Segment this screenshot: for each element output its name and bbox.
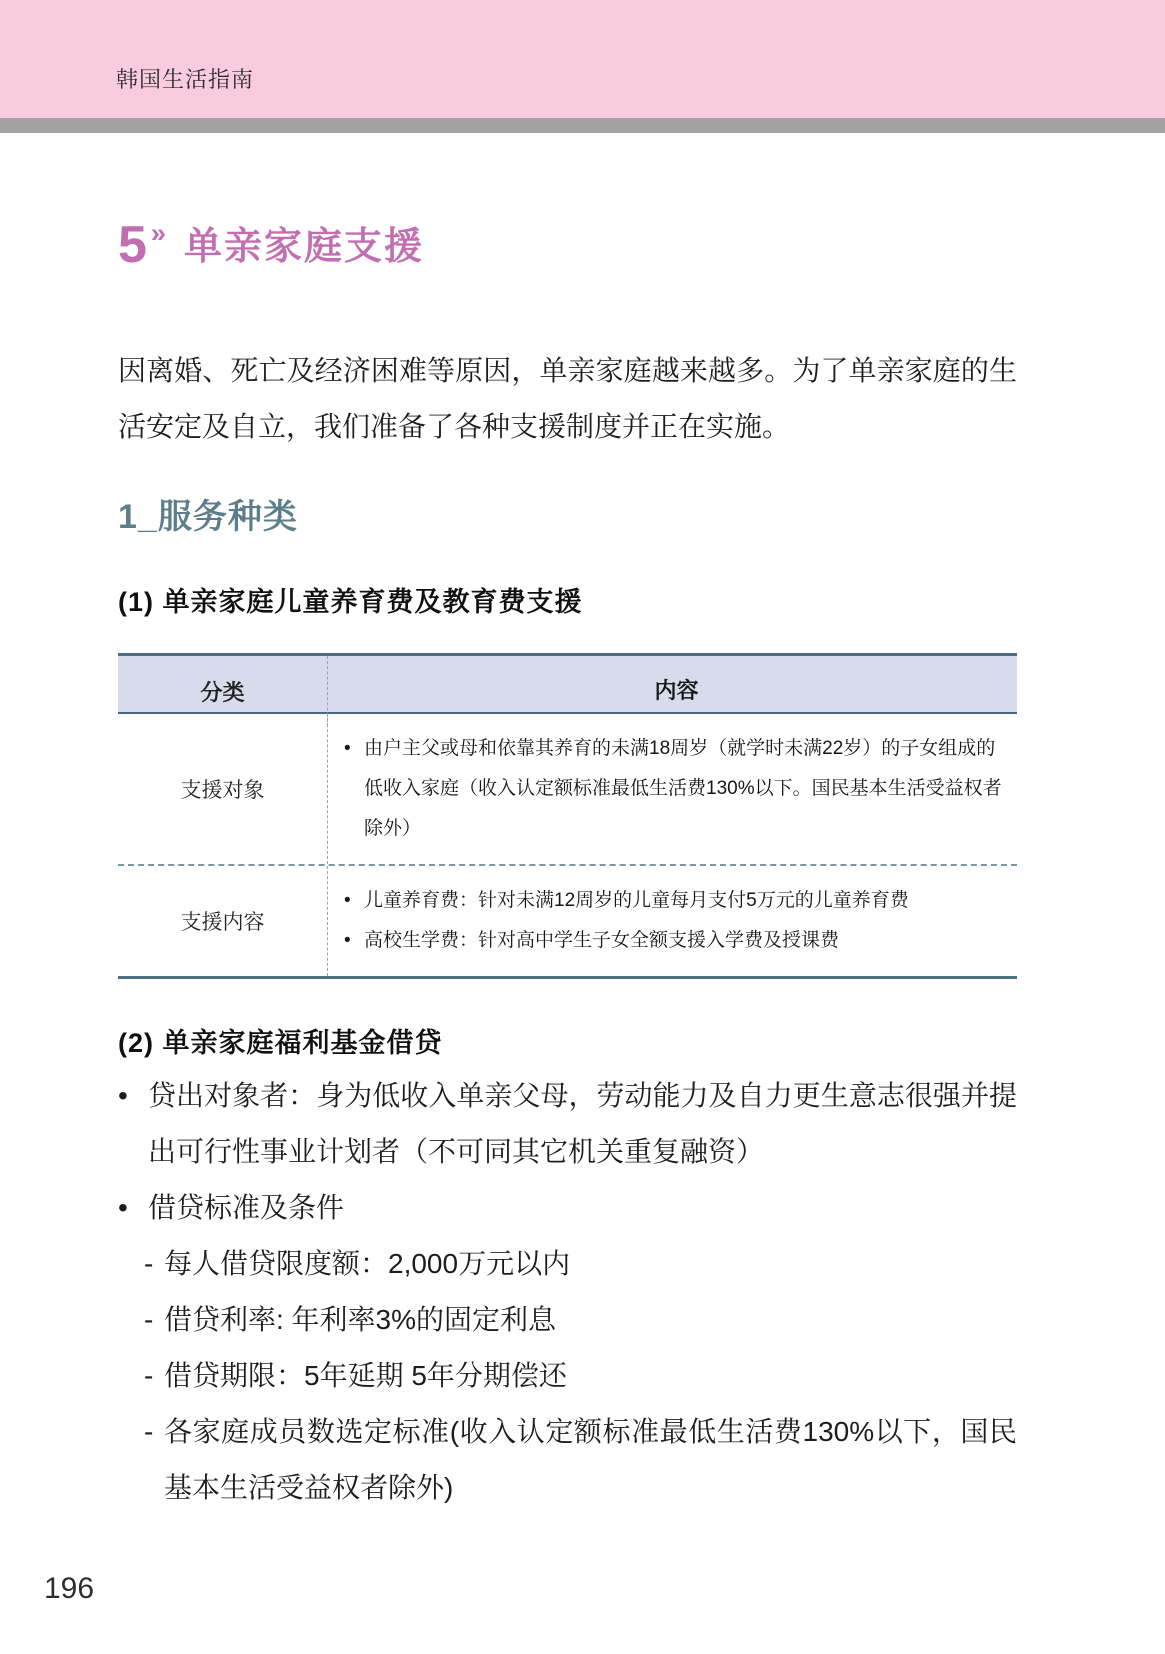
dash-marker-icon: - — [144, 1404, 164, 1516]
condition-text: 借贷利率: 年利率3%的固定利息 — [164, 1292, 1017, 1348]
bullet-marker-icon: • — [118, 1180, 148, 1236]
table-bullet-text: 高校生学费：针对高中学生子女全额支援入学费及授课费 — [364, 921, 1009, 961]
header-band: 韩国生活指南 — [0, 0, 1165, 118]
bullet-marker-icon: • — [344, 881, 364, 921]
page-content: 5 » 单亲家庭支援 因离婚、死亡及经济困难等原因，单亲家庭越来越多。为了单亲家… — [0, 219, 1165, 1516]
intro-paragraph: 因离婚、死亡及经济困难等原因，单亲家庭越来越多。为了单亲家庭的生活安定及自立，我… — [118, 343, 1017, 455]
chevron-right-icon: » — [151, 220, 166, 247]
subsection1-heading: (1) 单亲家庭儿童养育费及教育费支援 — [118, 580, 1017, 619]
table-bullet-text: 由户主父或母和依靠其养育的未满18周岁（就学时未满22岁）的子女组成的低收入家庭… — [364, 729, 1009, 849]
table-bullet-item: • 高校生学费：针对高中学生子女全额支援入学费及授课费 — [344, 921, 1009, 961]
condition-item: - 每人借贷限度额：2,000万元以内 — [144, 1236, 1017, 1292]
chapter-title: 单亲家庭支援 — [184, 228, 424, 266]
table-row-label: 支援对象 — [118, 714, 328, 864]
chapter-number: 5 — [118, 219, 147, 271]
dash-marker-icon: - — [144, 1348, 164, 1404]
dash-marker-icon: - — [144, 1236, 164, 1292]
support-table: 分类 内容 支援对象 • 由户主父或母和依靠其养育的未满18周岁（就学时未满22… — [118, 653, 1017, 979]
bullet-marker-icon: • — [118, 1068, 148, 1180]
document-page: 韩国生活指南 5 » 单亲家庭支援 因离婚、死亡及经济困难等原因，单亲家庭越来越… — [0, 0, 1165, 1654]
condition-item: - 借贷期限：5年延期 5年分期偿还 — [144, 1348, 1017, 1404]
subsection2-heading: (2) 单亲家庭福利基金借贷 — [118, 1021, 1017, 1060]
section-heading: 1_服务种类 — [118, 489, 1017, 538]
book-title: 韩国生活指南 — [116, 63, 254, 94]
table-row: 支援内容 • 儿童养育费：针对未满12周岁的儿童每月支付5万元的儿童养育费 • … — [118, 864, 1017, 976]
condition-text: 借贷期限：5年延期 5年分期偿还 — [164, 1348, 1017, 1404]
header-divider-bar — [0, 118, 1165, 133]
condition-item: - 借贷利率: 年利率3%的固定利息 — [144, 1292, 1017, 1348]
bullet-item: • 借贷标准及条件 — [118, 1180, 1017, 1236]
bullet-marker-icon: • — [344, 729, 364, 849]
bullet-text: 贷出对象者：身为低收入单亲父母，劳动能力及自力更生意志很强并提出可行性事业计划者… — [148, 1068, 1017, 1180]
table-row-content: • 儿童养育费：针对未满12周岁的儿童每月支付5万元的儿童养育费 • 高校生学费… — [328, 866, 1017, 976]
condition-text: 各家庭成员数选定标准(收入认定额标准最低生活费130%以下，国民基本生活受益权者… — [164, 1404, 1017, 1516]
table-bullet-text: 儿童养育费：针对未满12周岁的儿童每月支付5万元的儿童养育费 — [364, 881, 1009, 921]
bullet-marker-icon: • — [344, 921, 364, 961]
table-bullet-item: • 由户主父或母和依靠其养育的未满18周岁（就学时未满22岁）的子女组成的低收入… — [344, 729, 1009, 849]
table-header-row: 分类 内容 — [118, 656, 1017, 714]
table-row-label: 支援内容 — [118, 866, 328, 976]
bullet-text: 借贷标准及条件 — [148, 1180, 1017, 1236]
table-row-content: • 由户主父或母和依靠其养育的未满18周岁（就学时未满22岁）的子女组成的低收入… — [328, 714, 1017, 864]
chapter-heading: 5 » 单亲家庭支援 — [118, 219, 1017, 271]
loan-bullet-list: • 贷出对象者：身为低收入单亲父母，劳动能力及自力更生意志很强并提出可行性事业计… — [118, 1068, 1017, 1516]
dash-marker-icon: - — [144, 1292, 164, 1348]
condition-item: - 各家庭成员数选定标准(收入认定额标准最低生活费130%以下，国民基本生活受益… — [144, 1404, 1017, 1516]
table-row: 支援对象 • 由户主父或母和依靠其养育的未满18周岁（就学时未满22岁）的子女组… — [118, 714, 1017, 864]
page-number: 196 — [44, 1572, 94, 1606]
bullet-item: • 贷出对象者：身为低收入单亲父母，劳动能力及自力更生意志很强并提出可行性事业计… — [118, 1068, 1017, 1180]
condition-text: 每人借贷限度额：2,000万元以内 — [164, 1236, 1017, 1292]
table-bullet-item: • 儿童养育费：针对未满12周岁的儿童每月支付5万元的儿童养育费 — [344, 881, 1009, 921]
